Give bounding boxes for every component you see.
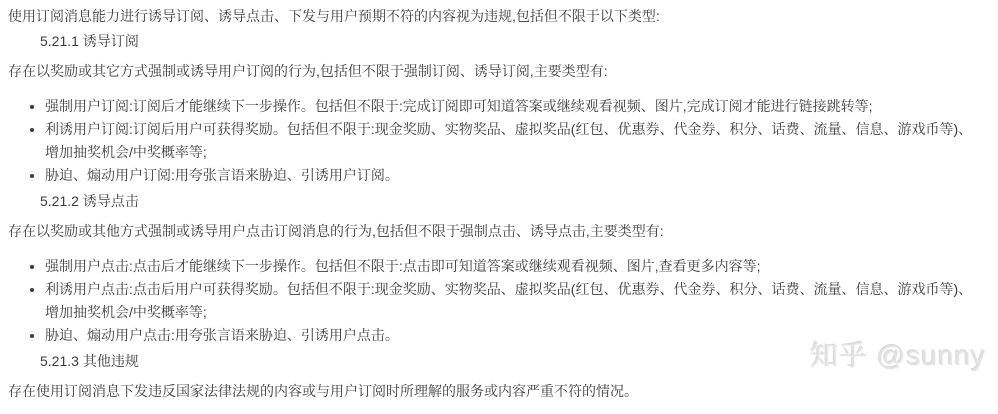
section-heading-inducing-click: 5.21.2 诱导点击 [40,190,974,213]
section-lead-inducing-click: 存在以奖励或其他方式强制或诱导用户点击订阅消息的行为,包括但不限于强制点击、诱导… [8,220,974,243]
bullet-list-subscribe: 强制用户订阅:订阅后才能继续下一步操作。包括但不限于:完成订阅即可知道答案或继续… [8,95,974,187]
section-heading-other-violations: 5.21.3 其他违规 [40,350,974,373]
section-lead-inducing-subscribe: 存在以奖励或其它方式强制或诱导用户订阅的行为,包括但不限于强制订阅、诱导订阅,主… [8,60,974,83]
bullet-item-lure-subscribe: 利诱用户订阅:订阅后用户可获得奖励。包括但不限于:现金奖励、实物奖品、虚拟奖品(… [45,118,974,164]
bullet-list-click: 强制用户点击:点击后才能继续下一步操作。包括但不限于:点击即可知道答案或继续观看… [8,255,974,347]
policy-document: 使用订阅消息能力进行诱导订阅、诱导点击、下发与用户预期不符的内容视为违规,包括但… [0,0,998,414]
section-lead-other-violations: 存在使用订阅消息下发违反国家法律法规的内容或与用户订阅时所理解的服务或内容严重不… [8,380,974,403]
bullet-item-forced-click: 强制用户点击:点击后才能继续下一步操作。包括但不限于:点击即可知道答案或继续观看… [45,255,974,278]
bullet-item-forced-subscribe: 强制用户订阅:订阅后才能继续下一步操作。包括但不限于:完成订阅即可知道答案或继续… [45,95,974,118]
bullet-item-coerce-click: 胁迫、煽动用户点击:用夸张言语来胁迫、引诱用户点击。 [45,324,974,347]
bullet-item-lure-click: 利诱用户点击:点击后用户可获得奖励。包括但不限于:现金奖励、实物奖品、虚拟奖品(… [45,278,974,324]
bullet-item-coerce-subscribe: 胁迫、煽动用户订阅:用夸张言语来胁迫、引诱用户订阅。 [45,164,974,187]
section-heading-inducing-subscribe: 5.21.1 诱导订阅 [40,30,974,53]
intro-paragraph: 使用订阅消息能力进行诱导订阅、诱导点击、下发与用户预期不符的内容视为违规,包括但… [8,5,974,28]
